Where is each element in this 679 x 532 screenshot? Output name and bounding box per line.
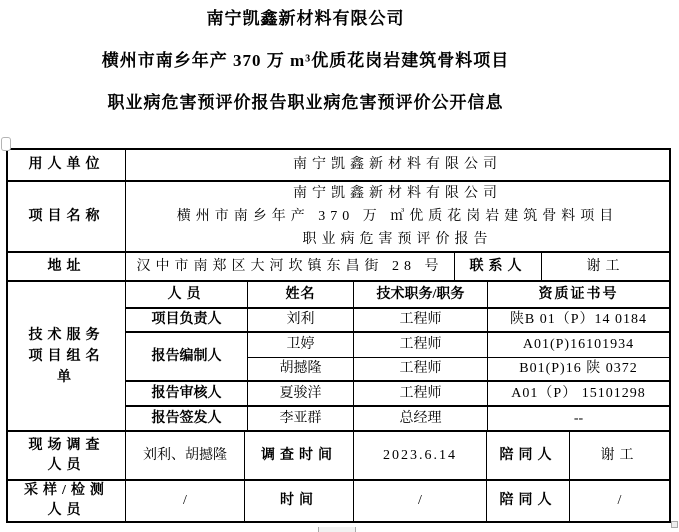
cert-cell: -- bbox=[488, 407, 669, 430]
doc-title-company: 南宁凯鑫新材料有限公司 bbox=[0, 8, 611, 30]
team-rows-editors: 报告编制人 卫婷 工程师 A01(P)16101934 胡撼隆 工程师 B01(… bbox=[126, 333, 669, 382]
info-table: 用人单位 南宁凯鑫新材料有限公司 项目名称 南宁凯鑫新材料有限公司 横州市南乡年… bbox=[6, 148, 671, 523]
cert-cell: A01(P)16101934 bbox=[488, 333, 669, 357]
survey-time-value: 2023.6.14 bbox=[354, 432, 487, 479]
header-person: 人员 bbox=[126, 282, 248, 307]
sampling-time-label: 时间 bbox=[245, 481, 354, 521]
survey-label: 现场调查 人员 bbox=[8, 432, 126, 479]
title-cell: 工程师 bbox=[354, 382, 488, 405]
role-cell: 报告审核人 bbox=[126, 382, 248, 405]
table-row-survey: 现场调查 人员 刘利、胡撼隆 调查时间 2023.6.14 陪同人 谢工 bbox=[8, 432, 669, 481]
doc-title-report: 职业病危害预评价报告职业病危害预评价公开信息 bbox=[0, 92, 611, 114]
employer-label: 用人单位 bbox=[8, 150, 126, 180]
name-cell: 卫婷 bbox=[248, 333, 354, 357]
table-row-address: 地址 汉中市南郑区大河坎镇东昌街 28 号 联系人 谢工 bbox=[8, 253, 669, 282]
doc-title-project: 横州市南乡年产 370 万 m³优质花岗岩建筑骨料项目 bbox=[0, 50, 611, 72]
project-label: 项目名称 bbox=[8, 182, 126, 251]
team-row-leader: 项目负责人 刘利 工程师 陕B 01（P）14 0184 bbox=[126, 309, 669, 333]
team-header-row: 人员 姓名 技术职务/职务 资质证书号 bbox=[126, 282, 669, 309]
header-name: 姓名 bbox=[248, 282, 354, 307]
address-label: 地址 bbox=[8, 253, 126, 280]
table-row-sampling: 采样/检测 人员 / 时间 / 陪同人 / bbox=[8, 481, 669, 521]
header-cert: 资质证书号 bbox=[488, 282, 669, 307]
document-header: 南宁凯鑫新材料有限公司 横州市南乡年产 370 万 m³优质花岗岩建筑骨料项目 … bbox=[0, 0, 679, 114]
title-cell: 工程师 bbox=[354, 309, 488, 331]
team-row-editor-1: 卫婷 工程师 A01(P)16101934 bbox=[248, 333, 669, 358]
survey-companion-label: 陪同人 bbox=[487, 432, 570, 479]
title-cell: 工程师 bbox=[354, 333, 488, 357]
address-value: 汉中市南郑区大河坎镇东昌街 28 号 bbox=[126, 253, 455, 280]
title-cell: 总经理 bbox=[354, 407, 488, 430]
role-cell: 项目负责人 bbox=[126, 309, 248, 331]
team-subtable: 人员 姓名 技术职务/职务 资质证书号 项目负责人 刘利 工程师 陕B 01（P… bbox=[126, 282, 669, 430]
name-cell: 刘利 bbox=[248, 309, 354, 331]
name-cell: 李亚群 bbox=[248, 407, 354, 430]
cert-cell: A01（P） 15101298 bbox=[488, 382, 669, 405]
sampling-companion-value: / bbox=[570, 481, 669, 521]
role-cell-merged: 报告编制人 bbox=[126, 333, 248, 380]
role-cell: 报告签发人 bbox=[126, 407, 248, 430]
project-value: 南宁凯鑫新材料有限公司 横州市南乡年产 370 万 ㎥优质花岗岩建筑骨料项目 职… bbox=[126, 182, 669, 251]
sampling-time-value: / bbox=[354, 481, 487, 521]
scrollbar-fragment[interactable] bbox=[318, 527, 356, 532]
name-cell: 夏骏洋 bbox=[248, 382, 354, 405]
survey-time-label: 调查时间 bbox=[245, 432, 354, 479]
table-row-project: 项目名称 南宁凯鑫新材料有限公司 横州市南乡年产 370 万 ㎥优质花岗岩建筑骨… bbox=[8, 182, 669, 253]
survey-companion-value: 谢工 bbox=[570, 432, 669, 479]
table-row-employer: 用人单位 南宁凯鑫新材料有限公司 bbox=[8, 150, 669, 182]
survey-value: 刘利、胡撼隆 bbox=[126, 432, 245, 479]
table-row-team: 技术服务 项目组名 单 人员 姓名 技术职务/职务 资质证书号 项目负责人 刘利… bbox=[8, 282, 669, 432]
header-title: 技术职务/职务 bbox=[354, 282, 488, 307]
contact-label: 联系人 bbox=[455, 253, 542, 280]
sampling-label: 采样/检测 人员 bbox=[8, 481, 126, 521]
editor-rows: 卫婷 工程师 A01(P)16101934 胡撼隆 工程师 B01(P)16 陕… bbox=[248, 333, 669, 380]
cert-cell: 陕B 01（P）14 0184 bbox=[488, 309, 669, 331]
sampling-companion-label: 陪同人 bbox=[487, 481, 570, 521]
team-row-editor-2: 胡撼隆 工程师 B01(P)16 陕 0372 bbox=[248, 358, 669, 380]
employer-value: 南宁凯鑫新材料有限公司 bbox=[126, 150, 669, 180]
contact-value: 谢工 bbox=[542, 253, 669, 280]
cert-cell: B01(P)16 陕 0372 bbox=[488, 358, 669, 380]
team-row-reviewer: 报告审核人 夏骏洋 工程师 A01（P） 15101298 bbox=[126, 382, 669, 407]
table-resize-handle-icon[interactable] bbox=[671, 521, 678, 528]
sampling-value: / bbox=[126, 481, 245, 521]
team-row-signer: 报告签发人 李亚群 总经理 -- bbox=[126, 407, 669, 430]
team-label: 技术服务 项目组名 单 bbox=[8, 282, 126, 430]
table-move-handle-icon[interactable] bbox=[1, 137, 11, 151]
name-cell: 胡撼隆 bbox=[248, 358, 354, 380]
title-cell: 工程师 bbox=[354, 358, 488, 380]
